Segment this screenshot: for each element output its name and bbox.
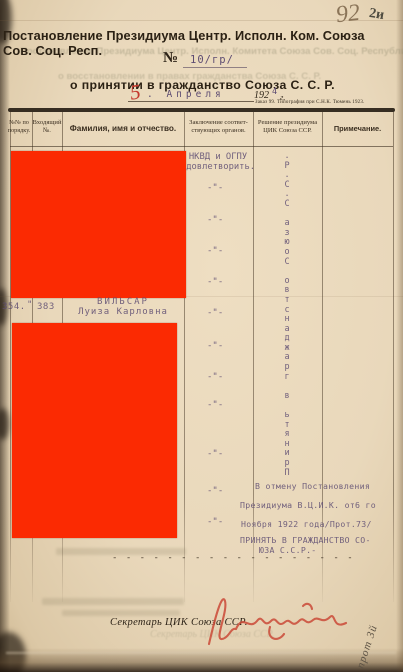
decision-note-line: Ноября 1922 года/Прот.73/ (241, 519, 372, 529)
vertical-decision-letter: П (280, 469, 294, 479)
ditto-mark-typed: -"- (207, 400, 223, 410)
redaction-box-top (11, 151, 186, 298)
ditto-mark-typed: -"- (207, 215, 223, 225)
ditto-mark-typed: -"- (207, 517, 223, 527)
document-scan: Постановление Президиума Центр. Исполн. … (0, 0, 403, 672)
row-given-names: Луиза Карловна (62, 307, 184, 317)
ditto-mark-typed: -"- (207, 372, 223, 382)
decision-note-line: ПРИНЯТЬ В ГРАЖДАНСТВО СО- (240, 535, 371, 545)
secondary-number-handwritten: 2и (368, 6, 385, 24)
ditto-mark-typed: -"- (207, 449, 223, 459)
bleedthrough-row (62, 610, 180, 616)
row-ditto-quote: " (27, 300, 33, 310)
date-year-digit-typed: 4 (272, 87, 277, 97)
ditto-mark-typed: -"- (207, 277, 223, 287)
column-header-incoming: Входящий №. (32, 119, 62, 134)
ditto-mark-typed: -"- (207, 341, 223, 351)
column-header-remarks: Примечание. (324, 125, 391, 133)
paper-right-edge (396, 0, 403, 672)
ditto-mark-typed: -"- (207, 486, 223, 496)
row-order-number: 354. (2, 302, 26, 312)
decision-note-line: Президиума В.Ц.И.К. от6 го (240, 500, 376, 510)
column-header-order: №№ по порядку. (6, 119, 32, 134)
paper-left-edge-shadow (0, 0, 10, 672)
number-value-typed: 10/гр/ (190, 54, 234, 66)
document-title: Постановление Президиума Центр. Исполн. … (3, 28, 375, 58)
bleedthrough-row (42, 598, 184, 605)
row-surname: ВИЛЬСАР (62, 297, 184, 307)
number-label: № (163, 50, 178, 67)
column-header-decision: Решение президиума ЦИК Союза ССР. (255, 119, 320, 134)
paper-bottom-shadow (0, 648, 403, 672)
column-header-name: Фамилия, имя и отчество. (62, 125, 184, 133)
ditto-mark-typed: -"- (207, 308, 223, 318)
ditto-mark-typed: -"- (207, 246, 223, 256)
redaction-box-bottom (12, 323, 177, 538)
table-header-rule (10, 146, 393, 147)
table-top-rule (8, 108, 395, 112)
date-underline (128, 101, 254, 102)
date-month-typed: . Апреля (147, 89, 225, 100)
column-header-conclusion: Заключение соответ- ствующих органов. (186, 119, 251, 134)
folio-number-handwritten: 92 (335, 0, 362, 29)
vertical-decision-typed: .Р.С.С азюоС овтснаджарг в ьтянирП (280, 152, 294, 478)
printshop-note: Заказ 99. Типография при С.Н.К. Тюмень 1… (255, 100, 365, 105)
conclusion-text-typed: НКВД и ОГПУ удовлетворить. (180, 152, 256, 172)
table-vline (393, 112, 394, 602)
dashed-separator-typed: - - - - - - - - - - - - - - - - - - (112, 553, 354, 563)
row-incoming-number: 383 (37, 302, 55, 312)
decision-note-line: В отмену Постановления (255, 481, 370, 491)
ditto-mark-typed: -"- (207, 183, 223, 193)
number-underline (183, 67, 247, 68)
secretary-signature-red-ink (195, 586, 355, 650)
